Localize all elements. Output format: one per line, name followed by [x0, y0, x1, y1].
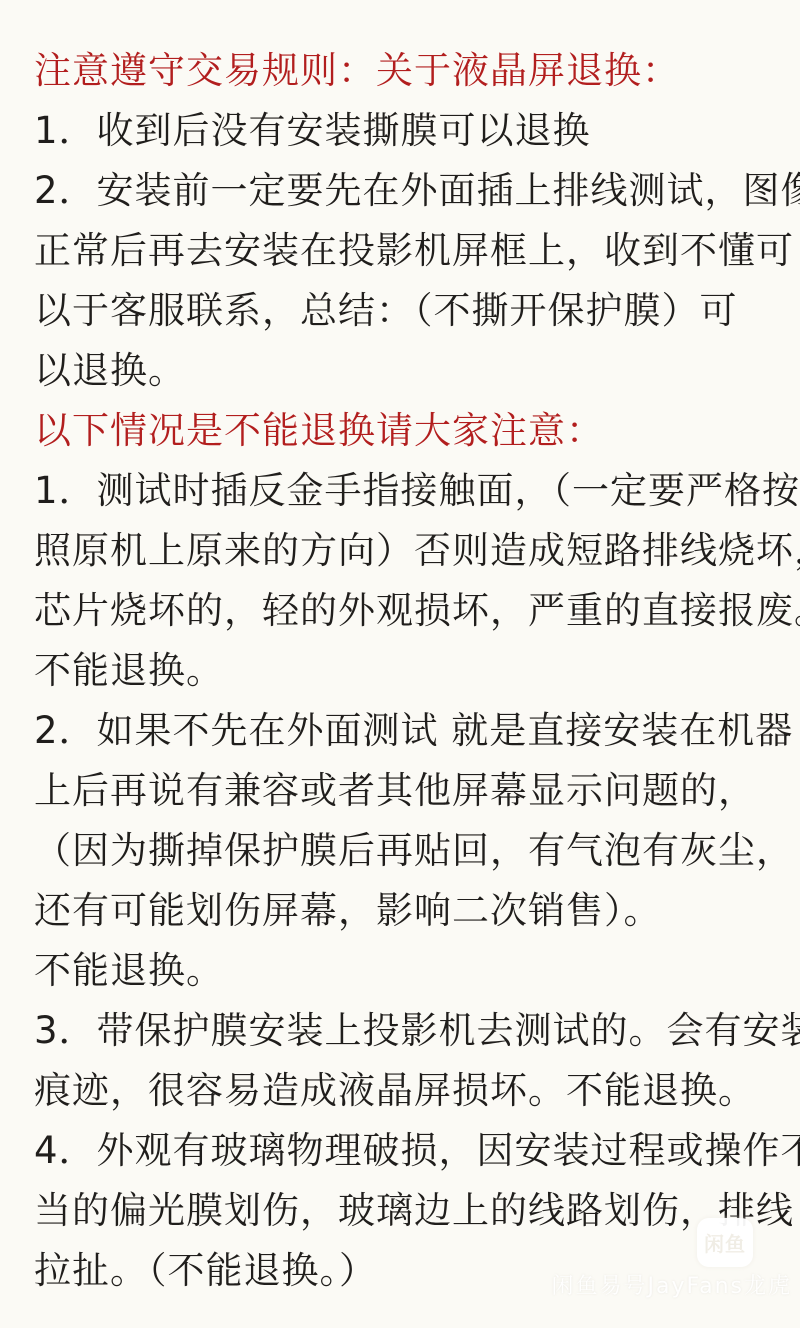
text-line: 1．收到后没有安装撕膜可以退换 — [34, 101, 790, 161]
text-line: 4．外观有玻璃物理破损，因安装过程或操作不 — [34, 1121, 790, 1181]
text-line: 芯片烧坏的，轻的外观损坏，严重的直接报废。 — [34, 581, 790, 641]
text-line: 2．安装前一定要先在外面插上排线测试，图像 — [34, 161, 790, 221]
text-line: 以退换。 — [34, 341, 790, 401]
text-line: 2．如果不先在外面测试 就是直接安装在机器 — [34, 701, 790, 761]
text-line: 3．带保护膜安装上投影机去测试的。会有安装 — [34, 1001, 790, 1061]
text-line: 拉扯。（不能退换。） — [34, 1241, 790, 1301]
text-line: 正常后再去安装在投影机屏框上，收到不懂可 — [34, 221, 790, 281]
text-line: 不能退换。 — [34, 641, 790, 701]
text-line: （因为撕掉保护膜后再贴回，有气泡有灰尘， — [34, 821, 790, 881]
text-line: 当的偏光膜划伤，玻璃边上的线路划伤，排线 — [34, 1181, 790, 1241]
notice-text-block: 注意遵守交易规则：关于液晶屏退换：1．收到后没有安装撕膜可以退换2．安装前一定要… — [34, 41, 790, 1301]
text-line: 以于客服联系，总结：（不撕开保护膜）可 — [34, 281, 790, 341]
text-line: 1．测试时插反金手指接触面，（一定要严格按 — [34, 461, 790, 521]
text-line: 还有可能划伤屏幕，影响二次销售）。 — [34, 881, 790, 941]
text-line: 照原机上原来的方向）否则造成短路排线烧坏， — [34, 521, 790, 581]
section-heading: 注意遵守交易规则：关于液晶屏退换： — [34, 41, 790, 101]
section-heading: 以下情况是不能退换请大家注意： — [34, 401, 790, 461]
text-line: 不能退换。 — [34, 941, 790, 1001]
notice-page: 注意遵守交易规则：关于液晶屏退换：1．收到后没有安装撕膜可以退换2．安装前一定要… — [0, 0, 800, 1328]
text-line: 上后再说有兼容或者其他屏幕显示问题的， — [34, 761, 790, 821]
text-line: 痕迹，很容易造成液晶屏损坏。不能退换。 — [34, 1061, 790, 1121]
